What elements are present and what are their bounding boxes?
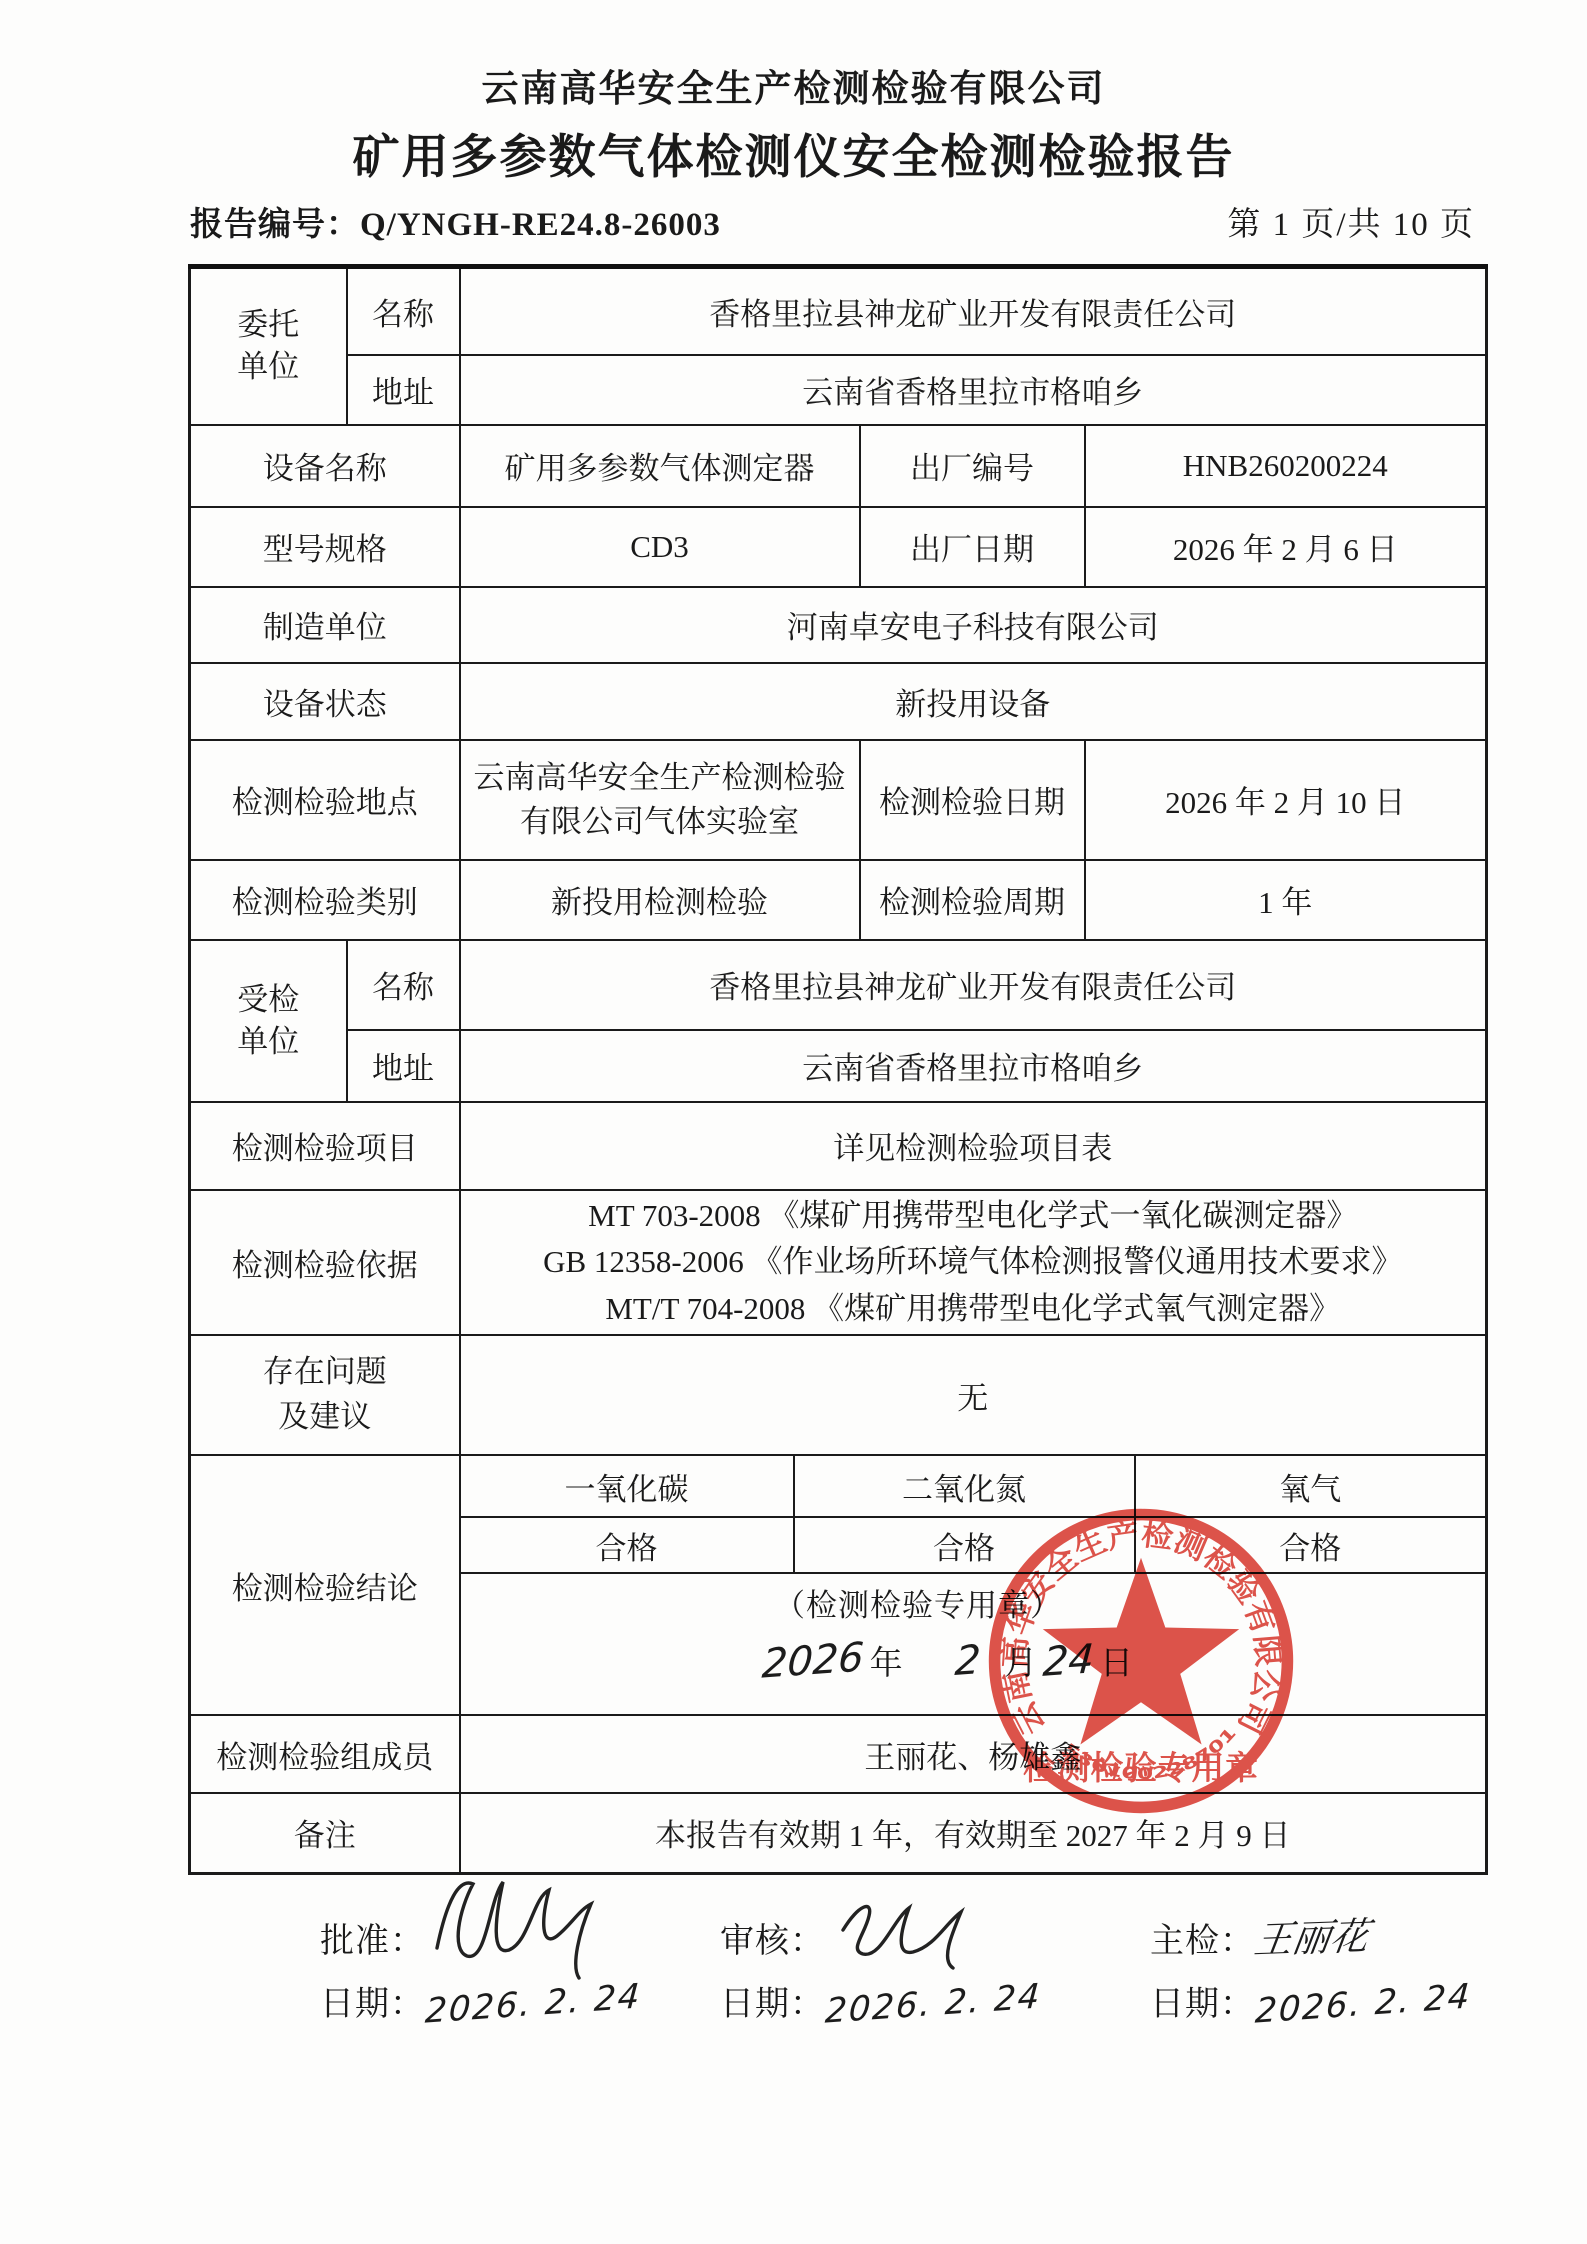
report-meta-row: 报告编号：Q/YNGH-RE24.8-26003 第 1 页/共 10 页: [190, 198, 1485, 245]
manufacturer-label: 制造单位: [190, 587, 460, 663]
company-title: 云南高华安全生产检测检验有限公司: [0, 58, 1587, 112]
year-unit: 年: [870, 1637, 903, 1684]
approve-signature-scribble: [429, 1870, 619, 1980]
inspection-cycle-value: 1 年: [1085, 860, 1487, 940]
inspection-category-value: 新投用检测检验: [460, 860, 860, 940]
row-inspection-basis: 检测检验依据 MT 703-2008 《煤矿用携带型电化学式一氧化碳测定器》 G…: [190, 1190, 1487, 1336]
report-number-label: 报告编号：: [190, 207, 360, 243]
month-unit: 月: [1004, 1637, 1037, 1684]
inspection-location-label: 检测检验地点: [190, 740, 460, 860]
issues-value: 无: [460, 1335, 1487, 1455]
row-client-name: 委托单位 名称 香格里拉县神龙矿业开发有限责任公司: [190, 267, 1487, 355]
device-mfg-date-label: 出厂日期: [860, 507, 1085, 587]
row-inspection-category: 检测检验类别 新投用检测检验 检测检验周期 1 年: [190, 860, 1487, 940]
inspected-address-value: 云南省香格里拉市格咱乡: [460, 1030, 1487, 1102]
device-serial-value: HNB260200224: [1085, 425, 1487, 507]
approve-label: 批准：: [320, 1913, 425, 1962]
inspection-cycle-label: 检测检验周期: [860, 860, 1085, 940]
inspection-date-label: 检测检验日期: [860, 740, 1085, 860]
issues-label: 存在问题及建议: [190, 1335, 460, 1455]
team-value: 王丽花、杨雄鑫: [460, 1715, 1487, 1793]
row-team: 检测检验组成员 王丽花、杨雄鑫: [190, 1715, 1487, 1793]
device-model-label: 型号规格: [190, 507, 460, 587]
conclusion-date-year-handwritten: 2026: [760, 1634, 865, 1687]
review-label: 审核：: [720, 1913, 825, 1962]
client-group-label: 委托单位: [190, 267, 347, 425]
device-model-value: CD3: [460, 507, 860, 587]
inspected-address-label: 地址: [347, 1030, 460, 1102]
inspection-category-label: 检测检验类别: [190, 860, 460, 940]
conclusion-gas-o2: 氧气: [1135, 1455, 1487, 1517]
row-remark: 备注 本报告有效期 1 年，有效期至 2027 年 2 月 9 日: [190, 1793, 1487, 1873]
approve-column: 批准： 日期： 2026. 2. 24: [320, 1898, 720, 2025]
report-form-table: 委托单位 名称 香格里拉县神龙矿业开发有限责任公司 地址 云南省香格里拉市格咱乡…: [188, 264, 1488, 1875]
client-address-label: 地址: [347, 355, 460, 425]
report-page: 云南高华安全生产检测检验有限公司 矿用多参数气体检测仪安全检测检验报告 报告编号…: [0, 0, 1587, 2244]
remark-value: 本报告有效期 1 年，有效期至 2027 年 2 月 9 日: [460, 1793, 1487, 1873]
chief-date-handwritten: 2026. 2. 24: [1254, 1976, 1473, 2031]
basis-line-3: MT/T 704-2008 《煤矿用携带型电化学式氧气测定器》: [469, 1286, 1478, 1333]
row-client-address: 地址 云南省香格里拉市格咱乡: [190, 355, 1487, 425]
row-inspection-items: 检测检验项目 详见检测检验项目表: [190, 1102, 1487, 1190]
basis-line-2: GB 12358-2006 《作业场所环境气体检测报警仪通用技术要求》: [469, 1239, 1478, 1286]
conclusion-label: 检测检验结论: [190, 1455, 460, 1715]
chief-signature-handwritten: 王丽花: [1251, 1905, 1373, 1964]
signature-block: 批准： 日期： 2026. 2. 24 审核：: [190, 1898, 1485, 2025]
manufacturer-value: 河南卓安电子科技有限公司: [460, 587, 1487, 663]
device-serial-label: 出厂编号: [860, 425, 1085, 507]
remark-label: 备注: [190, 1793, 460, 1873]
review-date-label: 日期：: [720, 1976, 825, 2025]
approve-date-label: 日期：: [320, 1976, 425, 2025]
row-manufacturer: 制造单位 河南卓安电子科技有限公司: [190, 587, 1487, 663]
inspected-group-label: 受检单位: [190, 940, 347, 1102]
conclusion-date-day-handwritten: 24: [1042, 1636, 1096, 1686]
team-label: 检测检验组成员: [190, 1715, 460, 1793]
page-info: 第 1 页/共 10 页: [1227, 198, 1485, 245]
chief-column: 主检： 王丽花 日期： 2026. 2. 24: [1150, 1898, 1480, 2025]
chief-date-label: 日期：: [1150, 1976, 1255, 2025]
client-name-value: 香格里拉县神龙矿业开发有限责任公司: [460, 267, 1487, 355]
row-conclusion-gases: 检测检验结论 一氧化碳 二氧化氮 氧气: [190, 1455, 1487, 1517]
client-address-value: 云南省香格里拉市格咱乡: [460, 355, 1487, 425]
conclusion-date: 2026 年 2 月 24 日: [469, 1637, 1478, 1684]
inspected-name-label: 名称: [347, 940, 460, 1030]
review-signature-scribble: [829, 1890, 979, 1980]
inspection-location-value: 云南高华安全生产检测检验有限公司气体实验室: [460, 740, 860, 860]
conclusion-date-month-handwritten: 2: [953, 1637, 982, 1685]
conclusion-result-co: 合格: [460, 1517, 794, 1573]
report-title: 矿用多参数气体检测仪安全检测检验报告: [0, 120, 1587, 187]
device-status-value: 新投用设备: [460, 663, 1487, 740]
chief-label: 主检：: [1150, 1913, 1255, 1962]
seal-caption: （检测检验专用章）: [469, 1580, 1478, 1625]
row-inspected-address: 地址 云南省香格里拉市格咱乡: [190, 1030, 1487, 1102]
row-inspection-location: 检测检验地点 云南高华安全生产检测检验有限公司气体实验室 检测检验日期 2026…: [190, 740, 1487, 860]
device-mfg-date-value: 2026 年 2 月 6 日: [1085, 507, 1487, 587]
device-status-label: 设备状态: [190, 663, 460, 740]
client-name-label: 名称: [347, 267, 460, 355]
inspection-items-label: 检测检验项目: [190, 1102, 460, 1190]
conclusion-result-no2: 合格: [794, 1517, 1135, 1573]
inspection-date-value: 2026 年 2 月 10 日: [1085, 740, 1487, 860]
inspected-name-value: 香格里拉县神龙矿业开发有限责任公司: [460, 940, 1487, 1030]
basis-line-1: MT 703-2008 《煤矿用携带型电化学式一氧化碳测定器》: [469, 1193, 1478, 1240]
review-date-handwritten: 2026. 2. 24: [824, 1976, 1043, 2031]
row-issues: 存在问题及建议 无: [190, 1335, 1487, 1455]
inspection-basis-label: 检测检验依据: [190, 1190, 460, 1336]
row-device-status: 设备状态 新投用设备: [190, 663, 1487, 740]
day-unit: 日: [1100, 1637, 1133, 1684]
conclusion-gas-no2: 二氧化氮: [794, 1455, 1135, 1517]
row-device-name: 设备名称 矿用多参数气体测定器 出厂编号 HNB260200224: [190, 425, 1487, 507]
inspection-basis-value: MT 703-2008 《煤矿用携带型电化学式一氧化碳测定器》 GB 12358…: [460, 1190, 1487, 1336]
report-header: 云南高华安全生产检测检验有限公司 矿用多参数气体检测仪安全检测检验报告: [0, 58, 1587, 187]
conclusion-seal-area: （检测检验专用章） 2026 年 2 月 24 日: [460, 1573, 1487, 1715]
device-name-value: 矿用多参数气体测定器: [460, 425, 860, 507]
row-inspected-name: 受检单位 名称 香格里拉县神龙矿业开发有限责任公司: [190, 940, 1487, 1030]
report-number-value: Q/YNGH-RE24.8-26003: [360, 207, 721, 243]
device-name-label: 设备名称: [190, 425, 460, 507]
approve-date-handwritten: 2026. 2. 24: [424, 1976, 643, 2031]
review-column: 审核： 日期： 2026. 2. 24: [720, 1898, 1150, 2025]
report-number: 报告编号：Q/YNGH-RE24.8-26003: [190, 198, 721, 245]
row-device-model: 型号规格 CD3 出厂日期 2026 年 2 月 6 日: [190, 507, 1487, 587]
conclusion-gas-co: 一氧化碳: [460, 1455, 794, 1517]
conclusion-result-o2: 合格: [1135, 1517, 1487, 1573]
inspection-items-value: 详见检测检验项目表: [460, 1102, 1487, 1190]
